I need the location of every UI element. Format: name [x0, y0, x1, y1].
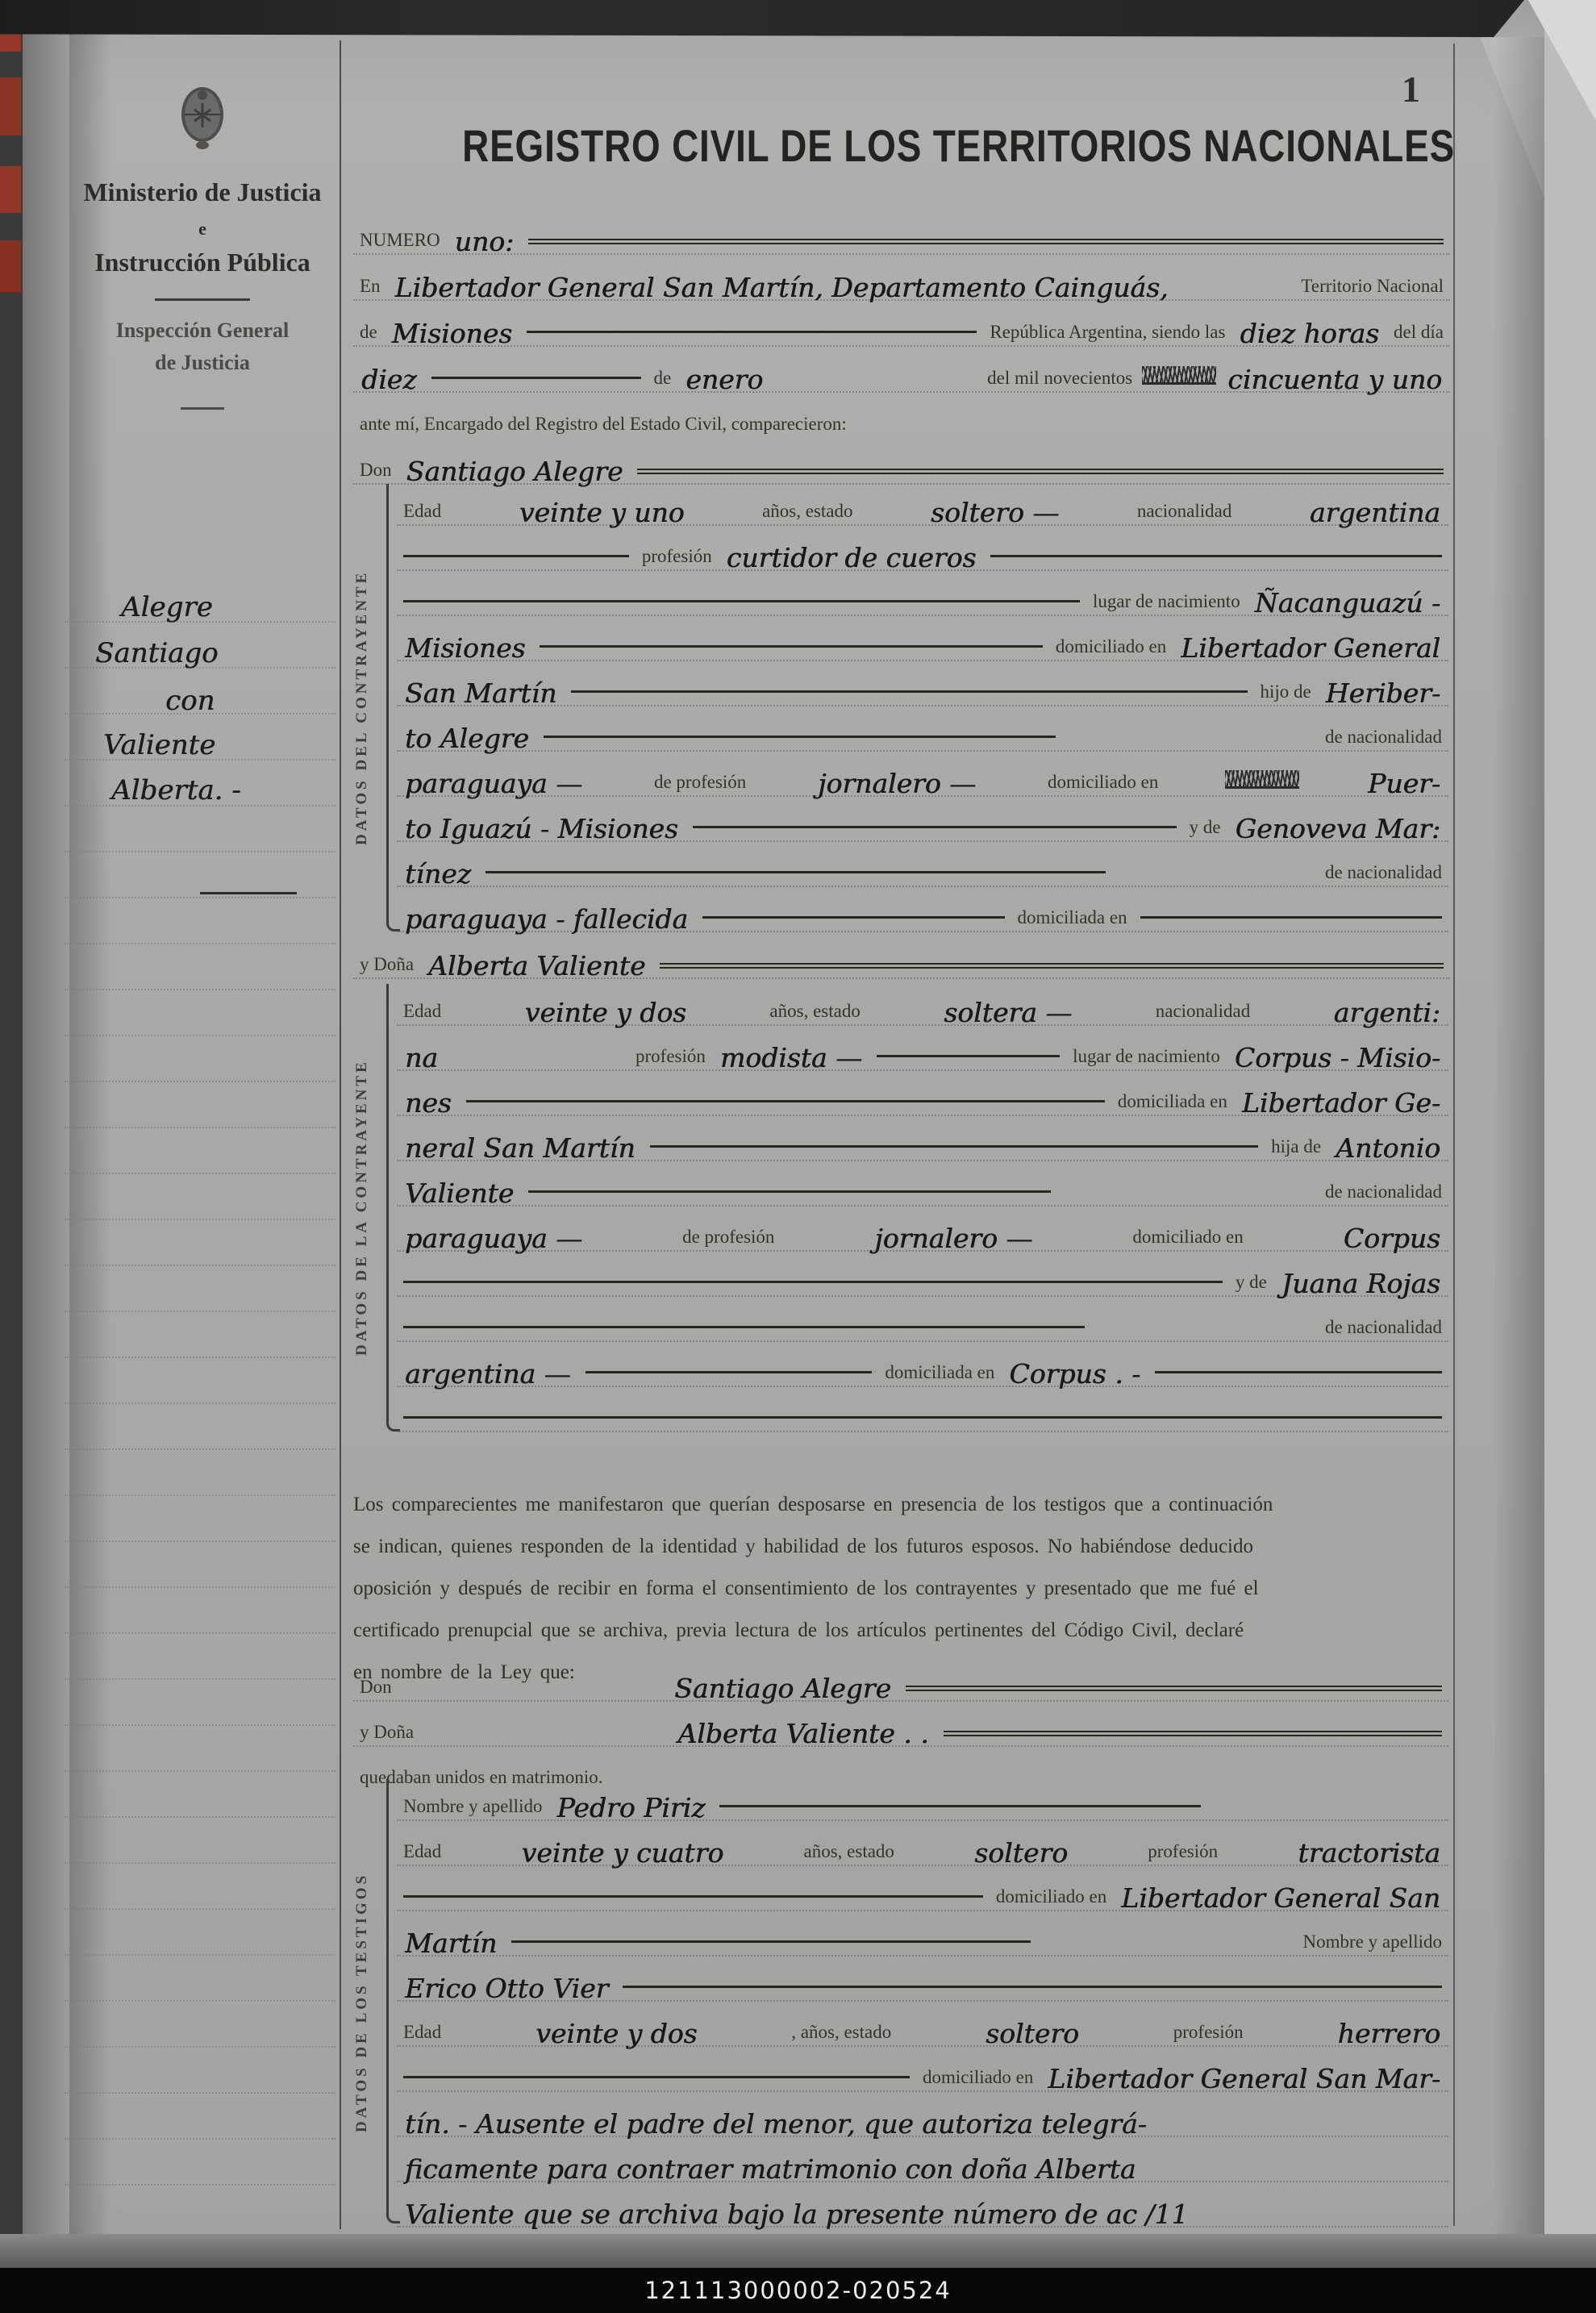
handwritten-entry: paraguaya — — [397, 1223, 590, 1254]
bride-section-label: DATOS DE LA CONTRAYENTE — [353, 982, 381, 1432]
handwritten-entry: veinte y uno — [511, 497, 693, 528]
printed-label: , años, estado — [785, 2022, 898, 2043]
form-row: Valiente que se archiva bajo la presente… — [397, 2184, 1448, 2228]
handwritten-entry: nes — [397, 1087, 460, 1119]
margin-annotation-underline — [200, 892, 297, 894]
handwritten-entry: curtidor de cueros — [719, 542, 985, 573]
ink-line-heavy — [906, 1686, 1442, 1691]
handwritten-entry: Juana Rojas — [1273, 1268, 1448, 1299]
ink-line-heavy — [637, 469, 1444, 474]
form-row: diezdeenerodel mil novecientoscincuenta … — [353, 349, 1450, 393]
handwritten-entry: argenti: — [1326, 997, 1448, 1028]
printed-label: Edad — [397, 2022, 448, 2043]
margin-dotted-line — [65, 2184, 335, 2186]
groom-section-label: DATOS DEL CONTRAYENTE — [353, 482, 381, 932]
margin-dotted-line — [65, 2000, 335, 2002]
form-row: Erico Otto Vier — [397, 1958, 1448, 2002]
page-left-margin-edge — [23, 0, 69, 2268]
ink-line — [511, 1940, 1030, 1943]
document-header: REGISTRO CIVIL DE LOS TERRITORIOS NACION… — [353, 119, 1453, 172]
printed-label: y Doña — [353, 954, 420, 975]
spine-red-mark — [0, 77, 21, 135]
margin-dotted-line — [65, 1540, 335, 1542]
margin-dotted-line — [65, 1770, 335, 1772]
form-row: nesdomiciliada enLibertador Ge- — [397, 1073, 1448, 1116]
form-row: San Martínhijo deHeriber- — [397, 663, 1448, 706]
printed-label: hija de — [1265, 1136, 1327, 1157]
form-row: domiciliado enLibertador General San Mar… — [397, 2048, 1448, 2092]
printed-label: Territorio Nacional — [1294, 276, 1450, 297]
paragraph-line: certificado prenupcial que se archiva, p… — [353, 1610, 1450, 1652]
scribbled-word — [1142, 366, 1216, 385]
page-right-edge-shadow — [1494, 37, 1544, 2234]
margin-dotted-line — [65, 1402, 335, 1404]
margin-dotted-line — [65, 1081, 335, 1082]
form-row: y deJuana Rojas — [397, 1253, 1448, 1297]
form-row: Edadveinte y unoaños, estadosoltero —nac… — [397, 482, 1448, 526]
ink-line — [990, 555, 1442, 557]
handwritten-entry: herrero — [1329, 2018, 1448, 2049]
printed-label: del mil novecientos — [981, 368, 1139, 389]
margin-dotted-line — [65, 1724, 335, 1726]
form-row: Edadveinte y dosaños, estadosoltera —nac… — [397, 982, 1448, 1026]
margin-dotted-line — [65, 2046, 335, 2048]
paragraph-line: oposición y después de recibir en forma … — [353, 1568, 1450, 1610]
printed-label: Nombre y apellido — [397, 1796, 548, 1817]
handwritten-entry: Corpus . - — [1001, 1358, 1148, 1390]
page-title: REGISTRO CIVIL DE LOS TERRITORIOS NACION… — [462, 119, 1455, 172]
ink-line — [623, 1986, 1442, 1988]
form-row — [397, 1389, 1448, 1432]
ink-line — [544, 736, 1056, 738]
ink-line — [403, 1281, 1223, 1283]
ink-line — [877, 1055, 1060, 1057]
handwritten-entry: argentina — — [397, 1358, 579, 1390]
ink-line — [1140, 916, 1442, 919]
ink-line-heavy — [528, 239, 1444, 244]
form-row: tín. - Ausente el padre del menor, que a… — [397, 2094, 1448, 2137]
spine-red-mark — [0, 166, 21, 213]
form-row: DonSantiago Alegre — [353, 1658, 1448, 1702]
margin-dotted-line — [65, 897, 335, 898]
handwritten-entry: Libertador Ge- — [1234, 1087, 1448, 1119]
form-row: Misionesdomiciliado enLibertador General — [397, 618, 1448, 661]
printed-label: Don — [353, 460, 398, 481]
handwritten-entry: veinte y cuatro — [514, 1837, 732, 1869]
form-row: y DoñaAlberta Valiente — [353, 936, 1450, 979]
handwritten-entry: soltero — [977, 2018, 1087, 2049]
margin-dotted-line — [65, 1908, 335, 1910]
margin-dotted-line — [65, 2138, 335, 2140]
form-row: ante mí, Encargado del Registro del Esta… — [353, 395, 1450, 437]
printed-label: de — [353, 322, 384, 343]
form-row: NUMEROuno: — [353, 211, 1450, 255]
form-row: Nombre y apellidoPedro Piriz — [397, 1777, 1448, 1821]
handwritten-entry: argentina — [1302, 497, 1448, 528]
handwritten-entry: tínez — [397, 858, 479, 890]
printed-label: hijo de — [1254, 681, 1318, 702]
printed-label: República Argentina, siendo las — [983, 322, 1231, 343]
margin-note-word: Santiago — [95, 637, 219, 669]
scan-bottom-band — [0, 2234, 1596, 2268]
handwritten-entry: Libertador General San Mar- — [1040, 2063, 1448, 2094]
groom-section: Edadveinte y unoaños, estadosoltero —nac… — [397, 482, 1448, 938]
printed-label: domiciliado en — [990, 1886, 1113, 1907]
printed-label: de profesión — [676, 1227, 781, 1248]
handwritten-entry: Valiente — [397, 1177, 522, 1209]
printed-label: domiciliada en — [1111, 1091, 1234, 1112]
book-spine-edge — [0, 0, 23, 2268]
margin-note-word: Valiente — [103, 729, 215, 761]
printed-label: de — [648, 368, 678, 389]
margin-note-word: con — [165, 685, 215, 717]
handwritten-entry: neral San Martín — [397, 1132, 644, 1164]
printed-label: profesión — [1141, 1841, 1224, 1862]
ink-line — [485, 871, 1106, 873]
handwritten-entry: Misiones — [384, 318, 520, 349]
handwritten-entry: Puer- — [1360, 768, 1448, 799]
handwritten-entry: diez horas — [1231, 318, 1387, 349]
handwritten-entry: tín. - Ausente el padre del menor, que a… — [397, 2108, 1155, 2140]
ink-line — [719, 1805, 1201, 1807]
margin-dotted-line — [65, 943, 335, 944]
bride-name-row: y DoñaAlberta Valiente — [353, 936, 1450, 981]
printed-label: lugar de nacimiento — [1086, 591, 1247, 612]
handwritten-entry: San Martín — [397, 677, 565, 709]
ink-line — [650, 1145, 1259, 1148]
handwritten-entry: veinte y dos — [527, 2018, 705, 2049]
form-row: domiciliado enLibertador General San — [397, 1868, 1448, 1911]
margin-dotted-line — [65, 1816, 335, 1818]
form-row: de nacionalidad — [397, 1298, 1448, 1342]
printed-label: Edad — [397, 501, 448, 522]
printed-label: de nacionalidad — [1319, 1317, 1448, 1338]
ink-line — [540, 645, 1042, 648]
form-row: DonSantiago Alegre — [353, 441, 1450, 485]
margin-dotted-line — [65, 1448, 335, 1450]
sidebar-separator-line — [340, 40, 341, 2229]
ink-line — [527, 331, 977, 333]
printed-label: profesión — [629, 1046, 712, 1067]
handwritten-entry: Misiones — [397, 632, 533, 664]
handwritten-entry: Alberta Valiente — [420, 950, 653, 981]
printed-label: lugar de nacimiento — [1066, 1046, 1227, 1067]
handwritten-entry: ficamente para contraer matrimonio con d… — [397, 2153, 1144, 2185]
ink-line — [528, 1190, 1051, 1193]
margin-dotted-line — [65, 1632, 335, 1634]
form-row: MartínNombre y apellido — [397, 1913, 1448, 1957]
form-row: to Iguazú - Misionesy deGenoveva Mar: — [397, 798, 1448, 842]
printed-label: de nacionalidad — [1319, 727, 1448, 748]
printed-label: profesión — [1167, 2022, 1250, 2043]
bride-section: Edadveinte y dosaños, estadosoltera —nac… — [397, 982, 1448, 1438]
handwritten-entry: soltera — — [936, 997, 1080, 1028]
handwritten-entry: jornalero — — [810, 768, 984, 799]
handwritten-entry: Corpus — [1336, 1223, 1448, 1254]
form-row: argentina —domiciliada enCorpus . - — [397, 1344, 1448, 1387]
intro-section: NUMEROuno:EnLibertador General San Martí… — [353, 211, 1450, 494]
form-row: y DoñaAlberta Valiente . . — [353, 1703, 1448, 1747]
margin-dotted-line — [65, 1678, 335, 1680]
margin-dotted-line — [65, 1494, 335, 1496]
printed-label: ante mí, Encargado del Registro del Esta… — [353, 414, 853, 435]
printed-label: y Doña — [353, 1722, 420, 1743]
handwritten-entry: Ñacanguazú - — [1247, 587, 1448, 619]
ink-line — [702, 916, 1004, 919]
printed-label: Edad — [397, 1841, 448, 1862]
printed-label: nacionalidad — [1131, 501, 1239, 522]
ink-line — [403, 600, 1080, 602]
spine-red-mark — [0, 240, 21, 292]
printed-label: años, estado — [763, 1001, 866, 1022]
ink-line — [466, 1100, 1105, 1102]
ink-line — [431, 377, 641, 379]
printed-label: de nacionalidad — [1319, 862, 1448, 883]
printed-label: domiciliada en — [1011, 907, 1134, 928]
handwritten-entry: modista — — [712, 1042, 870, 1073]
handwritten-entry: Erico Otto Vier — [397, 1973, 616, 2004]
margin-dotted-line — [65, 1311, 335, 1312]
handwritten-entry: Libertador General San — [1113, 1882, 1448, 1914]
handwritten-entry: soltero — — [923, 497, 1067, 528]
margin-dotted-line — [65, 1862, 335, 1864]
handwritten-entry: cincuenta y uno — [1219, 364, 1450, 395]
printed-label: profesión — [635, 546, 719, 567]
right-column-rule — [1453, 44, 1455, 2226]
printed-label: de nacionalidad — [1319, 1182, 1448, 1202]
scan-right-background — [1544, 0, 1596, 2268]
printed-label: del día — [1387, 322, 1450, 343]
margin-dotted-line — [65, 1219, 335, 1220]
margin-note-word: Alegre — [121, 591, 213, 623]
margin-dotted-line — [65, 851, 335, 852]
printed-label: NUMERO — [353, 230, 447, 251]
printed-label: Edad — [397, 1001, 448, 1022]
archive-code: 121113000002-020524 — [644, 2277, 952, 2304]
margin-ruled-lines — [65, 0, 335, 2313]
ink-line — [693, 826, 1177, 828]
printed-label: domiciliado en — [916, 2067, 1040, 2088]
handwritten-entry: Alberta Valiente . . — [669, 1718, 936, 1749]
form-row: ficamente para contraer matrimonio con d… — [397, 2139, 1448, 2182]
handwritten-entry: tractorista — [1290, 1837, 1448, 1869]
witnesses-section: Nombre y apellidoPedro PirizEdadveinte y… — [397, 1777, 1448, 2233]
margin-dotted-line — [65, 1357, 335, 1358]
margin-note-word: Alberta. - — [111, 774, 241, 806]
margin-dotted-line — [65, 1586, 335, 1588]
handwritten-entry: paraguaya - fallecida — [397, 903, 696, 935]
form-row: paraguaya —de profesiónjornalero —domici… — [397, 753, 1448, 797]
ink-line — [403, 2076, 910, 2078]
handwritten-entry: jornalero — — [866, 1223, 1040, 1254]
scribbled-word — [1225, 770, 1299, 789]
ink-line — [403, 1895, 983, 1898]
page-number: 1 — [1402, 68, 1420, 110]
form-row: profesióncurtidor de cueros — [397, 527, 1448, 571]
declaration-names-section: DonSantiago Alegrey DoñaAlberta Valiente… — [353, 1658, 1448, 1795]
printed-label: años, estado — [798, 1841, 901, 1862]
margin-dotted-line — [65, 2092, 335, 2094]
ink-line — [585, 1371, 873, 1373]
printed-label: Nombre y apellido — [1297, 1932, 1448, 1953]
ink-line — [403, 1326, 1085, 1328]
printed-label: y de — [1229, 1272, 1273, 1293]
printed-label: y de — [1183, 817, 1227, 838]
form-row: paraguaya - fallecidadomiciliada en — [397, 889, 1448, 932]
margin-dotted-line — [65, 1265, 335, 1266]
printed-label: nacionalidad — [1149, 1001, 1257, 1022]
margin-dotted-line — [65, 1954, 335, 1956]
handwritten-entry: to Iguazú - Misiones — [397, 813, 686, 844]
handwritten-entry: diez — [353, 364, 425, 395]
handwritten-entry: Pedro Piriz — [548, 1792, 713, 1823]
handwritten-entry: soltero — [966, 1837, 1076, 1869]
handwritten-entry: Corpus - Misio- — [1227, 1042, 1448, 1073]
witnesses-section-label: DATOS DE LOS TESTIGOS — [353, 1777, 381, 2228]
printed-label: años, estado — [756, 501, 859, 522]
ink-line-heavy — [944, 1731, 1442, 1736]
handwritten-entry: to Alegre — [397, 723, 537, 754]
paragraph-line: Los comparecientes me manifestaron que q… — [353, 1484, 1450, 1526]
handwritten-entry: Libertador General — [1173, 632, 1448, 664]
printed-label: domiciliado en — [1041, 772, 1165, 793]
handwritten-entry: paraguaya — — [397, 768, 590, 799]
ink-line — [571, 690, 1247, 693]
handwritten-entry: Antonio — [1327, 1132, 1448, 1164]
form-row: neral San Martínhija deAntonio — [397, 1118, 1448, 1161]
handwritten-entry: enero — [677, 364, 771, 395]
form-row: paraguaya —de profesiónjornalero —domici… — [397, 1208, 1448, 1252]
form-row: to Alegrede nacionalidad — [397, 708, 1448, 752]
handwritten-entry: Libertador General San Martín, Departame… — [387, 272, 1177, 303]
handwritten-entry: Heriber- — [1318, 677, 1448, 709]
margin-dotted-line — [65, 1035, 335, 1036]
form-row: Edadveinte y cuatroaños, estadosolteropr… — [397, 1823, 1448, 1866]
printed-label: domiciliada en — [878, 1362, 1001, 1383]
paragraph-line: se indican, quienes responden de la iden… — [353, 1526, 1450, 1568]
margin-dotted-line — [65, 1127, 335, 1128]
handwritten-entry: veinte y dos — [517, 997, 694, 1028]
margin-dotted-line — [65, 989, 335, 990]
ink-line-heavy — [660, 963, 1444, 969]
printed-label: Don — [353, 1677, 398, 1698]
form-row: Valientede nacionalidad — [397, 1163, 1448, 1207]
handwritten-entry: Santiago Alegre — [666, 1673, 899, 1704]
form-row: deMisionesRepública Argentina, siendo la… — [353, 303, 1450, 347]
handwritten-entry: Valiente que se archiva bajo la presente… — [397, 2198, 1196, 2230]
document-page: Ministerio de Justicia e Instrucción Púb… — [0, 0, 1596, 2313]
scan-footer-bar: 121113000002-020524 — [0, 2268, 1596, 2313]
handwritten-entry: uno: — [447, 226, 523, 257]
ink-line — [1155, 1371, 1442, 1373]
printed-label: de profesión — [648, 772, 752, 793]
printed-label: En — [353, 276, 387, 297]
form-row: EnLibertador General San Martín, Departa… — [353, 257, 1450, 301]
form-row: Edadveinte y dos, años, estadosolteropro… — [397, 2003, 1448, 2047]
ink-line — [403, 555, 629, 557]
handwritten-entry: na — [397, 1042, 446, 1073]
handwritten-entry: Genoveva Mar: — [1227, 813, 1448, 844]
form-row: lugar de nacimientoÑacanguazú - — [397, 573, 1448, 616]
ink-line — [403, 1416, 1442, 1419]
form-row: tínezde nacionalidad — [397, 844, 1448, 887]
form-row: naprofesiónmodista —lugar de nacimientoC… — [397, 1027, 1448, 1071]
handwritten-entry: Martín — [397, 1927, 505, 1959]
margin-dotted-line — [65, 1173, 335, 1174]
printed-label: domiciliado en — [1126, 1227, 1249, 1248]
printed-label: domiciliado en — [1049, 636, 1173, 657]
